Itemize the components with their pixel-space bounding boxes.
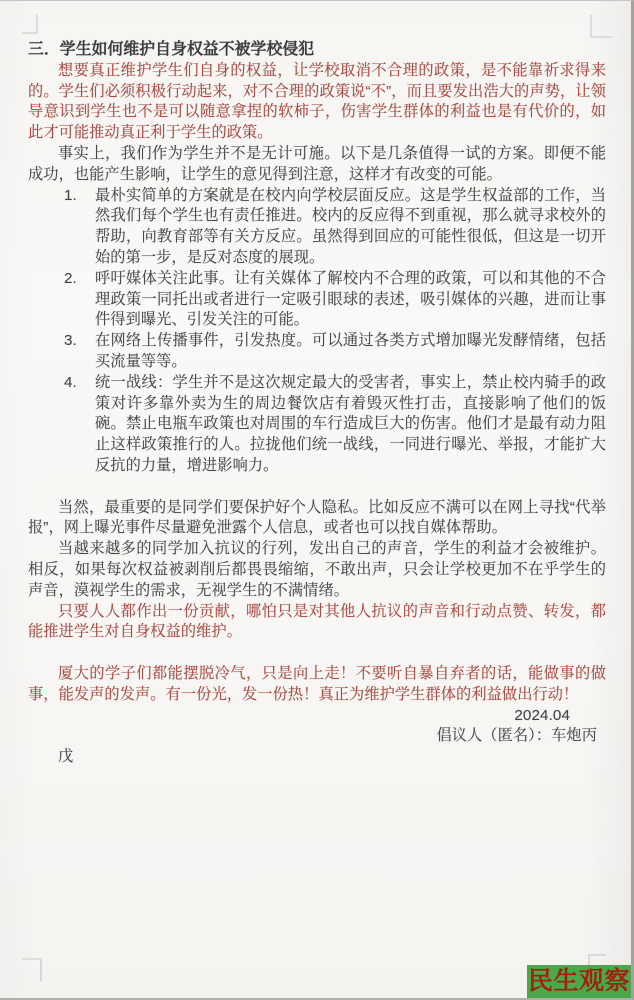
signature-overflow: 戊 <box>28 747 606 768</box>
blank-line <box>28 643 606 664</box>
document-blocks: 想要真正维护学生们自身的权益，让学校取消不合理的政策，是不能靠祈求得来的。学生们… <box>28 61 606 768</box>
list-item: 4.统一战线：学生并不是这次规定最大的受害者，事实上，禁止校内骑手的政策对许多靠… <box>28 373 606 477</box>
list-item: 2.呼吁媒体关注此事。让有关媒体了解校内不合理的政策，可以和其他的不合理政策一同… <box>28 269 606 331</box>
numbered-list: 1.最朴实简单的方案就是在校内向学校层面反应。这是学生权益部的工作，当然我们每个… <box>28 186 606 477</box>
list-item: 1.最朴实简单的方案就是在校内向学校层面反应。这是学生权益部的工作，当然我们每个… <box>28 186 606 269</box>
margin-corner-mark-top-left <box>22 15 38 34</box>
list-item-number: 2. <box>64 269 77 290</box>
paragraph: 当然，最重要的是同学们要保护好个人隐私。比如反应不满可以在网上寻找“代举报”，网… <box>28 498 606 540</box>
paragraph: 事实上，我们作为学生并不是无计可施。以下是几条值得一试的方案。即便不能成功，也能… <box>28 144 606 186</box>
document-page: 三．学生如何维护自身权益不被学校侵犯 想要真正维护学生们自身的权益，让学校取消不… <box>0 0 634 1000</box>
list-item-number: 3. <box>64 331 77 352</box>
list-item-number: 1. <box>64 186 77 207</box>
paragraph: 当越来越多的同学加入抗议的行列，发出自己的声音，学生的利益才会被维护。相反，如果… <box>28 539 606 601</box>
list-item-text: 在网络上传播事件，引发热度。可以通过各类方式增加曝光发酵情绪，包括买流量等等。 <box>95 332 606 370</box>
paragraph: 厦大的学子们都能摆脱冷气，只是向上走！不要听自暴自弃者的话，能做事的做事，能发声… <box>28 664 606 706</box>
list-item-text: 呼吁媒体关注此事。让有关媒体了解校内不合理的政策，可以和其他的不合理政策一同托出… <box>95 270 606 329</box>
document-body: 三．学生如何维护自身权益不被学校侵犯 想要真正维护学生们自身的权益，让学校取消不… <box>28 40 606 768</box>
list-item-text: 最朴实简单的方案就是在校内向学校层面反应。这是学生权益部的工作，当然我们每个学生… <box>95 187 606 266</box>
margin-corner-mark-bottom-left <box>22 958 42 981</box>
list-item-number: 4. <box>64 373 77 394</box>
watermark-badge: 民生观察 <box>527 965 631 998</box>
paragraph: 想要真正维护学生们自身的权益，让学校取消不合理的政策，是不能靠祈求得来的。学生们… <box>28 61 606 144</box>
signature-line: 倡议人（匿名）：车炮丙 <box>28 726 606 747</box>
paragraph: 只要人人都作出一份贡献，哪怕只是对其他人抗议的声音和行动点赞、转发，都能推进学生… <box>28 602 606 644</box>
list-item-text: 统一战线：学生并不是这次规定最大的受害者，事实上，禁止校内骑手的政策对许多靠外卖… <box>95 374 606 474</box>
margin-corner-mark-top-right <box>590 15 612 38</box>
list-item: 3.在网络上传播事件，引发热度。可以通过各类方式增加曝光发酵情绪，包括买流量等等… <box>28 331 606 373</box>
blank-line <box>28 477 606 498</box>
date-line: 2024.04 <box>28 706 606 727</box>
document-title: 三．学生如何维护自身权益不被学校侵犯 <box>28 40 606 61</box>
